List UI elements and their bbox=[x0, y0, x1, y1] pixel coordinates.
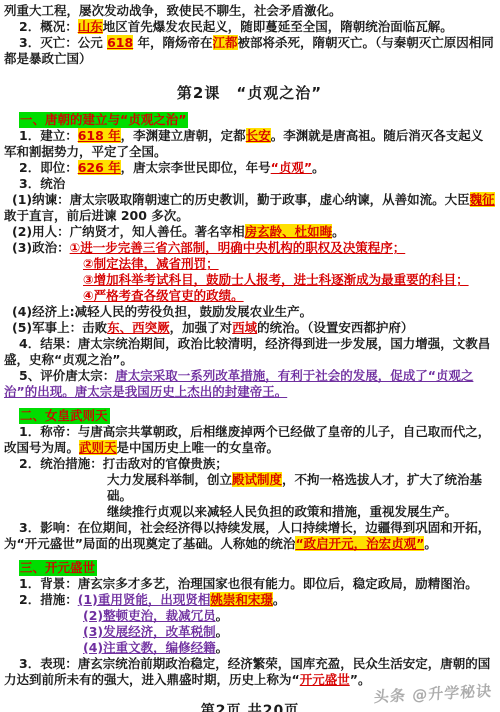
paragraph: (5)军事上：击败东、西突厥，加强了对西域的统治。（设置安西都护府） bbox=[4, 320, 495, 336]
text-run: ，唐太宗李世民即位，年号 bbox=[121, 160, 271, 175]
text-run: ，加强了对 bbox=[170, 320, 233, 335]
text-run: 。 bbox=[312, 160, 325, 175]
paragraph: ③增加科举考试科目，鼓励士人报考，进士科逐渐成为最重要的科目； bbox=[83, 272, 495, 288]
section-heading-row: 一、唐朝的建立与“贞观之治” bbox=[19, 112, 495, 128]
text-run: ，李渊建立唐朝，定都 bbox=[121, 128, 246, 143]
text-run: 2．统治措施：打击敌对的官僚贵族； bbox=[19, 456, 228, 471]
paragraph: 1．背景：唐玄宗多才多艺，治理国家也很有能力。即位后，稳定政局，励精图治。 bbox=[4, 576, 495, 592]
highlight-segment: 长安 bbox=[246, 128, 271, 143]
highlight-segment: (2)整顿吏治，裁减冗员 bbox=[83, 608, 216, 623]
paragraph: 2．概况：山东地区首先爆发农民起义，随即蔓延至全国，隋朝统治面临瓦解。 bbox=[4, 19, 495, 35]
highlight-segment: “政启开元，治宏贞观” bbox=[295, 536, 424, 551]
paragraph: 2．即位：626 年，唐太宗李世民即位，年号“贞观”。 bbox=[4, 160, 495, 176]
paragraph: (2)用人：广纳贤才，知人善任。著名宰相房玄龄、杜如晦。 bbox=[4, 224, 495, 240]
section-heading-row: 二、女皇武则天 bbox=[19, 408, 495, 424]
highlight-segment: ④严格考查各级官吏的政绩。 bbox=[83, 288, 244, 303]
highlight-segment: 618 bbox=[107, 35, 133, 50]
highlight-segment: 武则天 bbox=[79, 440, 117, 455]
paragraph: 1．建立：618 年，李渊建立唐朝，定都长安。李渊就是唐高祖。随后消灭各支起义军… bbox=[4, 128, 495, 160]
text-run: 。 bbox=[216, 624, 229, 639]
text-run: 3．表现：唐玄宗统治前期政治稳定，经济繁荣，国库充盈，民众生活安定，唐朝的国力达… bbox=[4, 656, 490, 687]
text-run: 敢于直言，前后进谏 200 多次。 bbox=[4, 208, 189, 223]
highlight-segment: (3)发展经济，改革税制 bbox=[83, 624, 216, 639]
paragraph: ②制定法律，减省刑罚； bbox=[83, 256, 495, 272]
paragraph: 4．结果：唐太宗统治期间，政治比较清明，经济得到进一步发展，国力增强，文教昌盛，… bbox=[4, 336, 495, 368]
highlight-segment: (1)重用贤能，出现贤相 bbox=[78, 592, 211, 607]
text-run: 2．措施： bbox=[19, 592, 78, 607]
paragraph: 3．统治 bbox=[4, 176, 495, 192]
document-page: 列重大工程，屡次发动战争，致使民不聊生，社会矛盾激化。2．概况：山东地区首先爆发… bbox=[0, 0, 500, 688]
paragraph: (2)整顿吏治，裁减冗员。 bbox=[83, 608, 495, 624]
paragraph: 3．影响：在位期间，社会经济得以持续发展，人口持续增长，边疆得到巩固和开拓，为“… bbox=[4, 520, 495, 552]
highlight-segment: 618 年 bbox=[78, 128, 121, 143]
section-heading: 三、开元盛世 bbox=[19, 560, 97, 576]
paragraph: ④严格考查各级官吏的政绩。 bbox=[83, 288, 495, 304]
highlight-segment: 魏征 bbox=[470, 192, 495, 207]
paragraph: (4)注重文教，编修经籍。 bbox=[83, 640, 495, 656]
paragraph: (4)经济上:减轻人民的劳役负担，鼓励发展农业生产。 bbox=[4, 304, 495, 320]
text-run: 继续推行贞观以来减轻人民负担的政策和措施，重视发展生产。 bbox=[107, 504, 457, 519]
text-run: 1．背景：唐玄宗多才多艺，治理国家也很有能力。即位后，稳定政局，励精图治。 bbox=[19, 576, 478, 591]
paragraph: 5、评价唐太宗：唐太宗采取一系列改革措施，有利于社会的发展，促成了“贞观之治”的… bbox=[4, 368, 495, 400]
section-heading-row: 三、开元盛世 bbox=[19, 560, 495, 576]
paragraph: 列重大工程，屡次发动战争，致使民不聊生，社会矛盾激化。 bbox=[4, 3, 495, 19]
text-run: 。 bbox=[216, 640, 229, 655]
highlight-segment: 开元盛世 bbox=[300, 672, 350, 687]
paragraph: 2．统治措施：打击敌对的官僚贵族； bbox=[4, 456, 495, 472]
highlight-segment: 殿试制度 bbox=[232, 472, 282, 487]
text-run: 3．灭亡：公元 bbox=[19, 35, 107, 50]
highlight-segment: ②制定法律，减省刑罚； bbox=[83, 256, 219, 271]
text-run: 2．即位： bbox=[19, 160, 78, 175]
text-run: (2)用人：广纳贤才，知人善任。著名宰相 bbox=[12, 224, 245, 239]
text-run: 。 bbox=[424, 536, 437, 551]
paragraph: 2．措施：(1)重用贤能，出现贤相姚崇和宋璟。 bbox=[4, 592, 495, 608]
text-run: 5、评价唐太宗： bbox=[19, 368, 115, 383]
paragraph: 3．灭亡：公元 618 年，隋炀帝在江都被部将杀死，隋朝灭亡。（与秦朝灭亡原因相… bbox=[4, 35, 495, 67]
highlight-segment: “贞观” bbox=[271, 160, 312, 175]
highlight-segment: ③增加科举考试科目，鼓励士人报考，进士科逐渐成为最重要的科目； bbox=[83, 272, 469, 287]
section-heading: 二、女皇武则天 bbox=[19, 408, 110, 424]
highlight-segment: 东、西突厥 bbox=[107, 320, 170, 335]
highlight-segment: 房玄龄、杜如晦 bbox=[245, 224, 333, 239]
text-run: 大力发展科举制，创立 bbox=[107, 472, 232, 487]
highlight-segment: 西域 bbox=[232, 320, 257, 335]
paragraph: 继续推行贞观以来减轻人民负担的政策和措施，重视发展生产。 bbox=[107, 504, 495, 520]
text-run: (4)经济上:减轻人民的劳役负担，鼓励发展农业生产。 bbox=[12, 304, 312, 319]
section-heading: 一、唐朝的建立与“贞观之治” bbox=[19, 112, 188, 128]
text-run: (5)军事上：击败 bbox=[12, 320, 107, 335]
highlight-segment: 江都 bbox=[213, 35, 238, 50]
text-run: 3．统治 bbox=[19, 176, 65, 191]
highlight-segment: 626 年 bbox=[78, 160, 121, 175]
text-run: 。 bbox=[273, 592, 286, 607]
text-run: (3)政治： bbox=[12, 240, 70, 255]
text-run: 是中国历史上唯一的女皇帝。 bbox=[117, 440, 280, 455]
text-run: 年，隋炀帝在 bbox=[133, 35, 212, 50]
text-run: 1．建立： bbox=[19, 128, 78, 143]
paragraph: (3)政治：①进一步完善三省六部制，明确中央机构的职权及决策程序； bbox=[4, 240, 495, 256]
paragraph: (1)纳谏：唐太宗吸取隋朝速亡的历史教训，勤于政事，虚心纳谏，从善如流。大臣魏征… bbox=[4, 192, 495, 224]
paragraph: 1．称帝：与唐高宗共掌朝政，后相继废掉两个已经做了皇帝的儿子，自己取而代之，改国… bbox=[4, 424, 495, 456]
text-run: 。 bbox=[332, 224, 345, 239]
highlight-segment: 山东 bbox=[78, 19, 103, 34]
text-run: 4．结果：唐太宗统治期间，政治比较清明，经济得到进一步发展，国力增强，文教昌盛，… bbox=[4, 336, 490, 367]
highlight-segment: (4)注重文教，编修经籍 bbox=[83, 640, 216, 655]
text-run: 。 bbox=[216, 608, 229, 623]
text-run: 的统治。（设置安西都护府） bbox=[257, 320, 413, 335]
text-run: ”。 bbox=[350, 672, 371, 687]
paragraph: (3)发展经济，改革税制。 bbox=[83, 624, 495, 640]
lesson-title: 第2课 “贞观之治” bbox=[4, 85, 495, 101]
highlight-segment: ①进一步完善三省六部制，明确中央机构的职权及决策程序； bbox=[70, 240, 406, 255]
text-run: (1)纳谏：唐太宗吸取隋朝速亡的历史教训，勤于政事，虚心纳谏，从善如流。大臣 bbox=[12, 192, 470, 207]
text-run: 2．概况： bbox=[19, 19, 78, 34]
text-run: 地区首先爆发农民起义，随即蔓延至全国，隋朝统治面临瓦解。 bbox=[103, 19, 453, 34]
highlight-segment: 姚崇和宋璟 bbox=[210, 592, 273, 607]
paragraph: 大力发展科举制，创立殿试制度，不拘一格选拔人才，扩大了统治基础。 bbox=[107, 472, 495, 504]
text-run: 列重大工程，屡次发动战争，致使民不聊生，社会矛盾激化。 bbox=[4, 3, 342, 18]
